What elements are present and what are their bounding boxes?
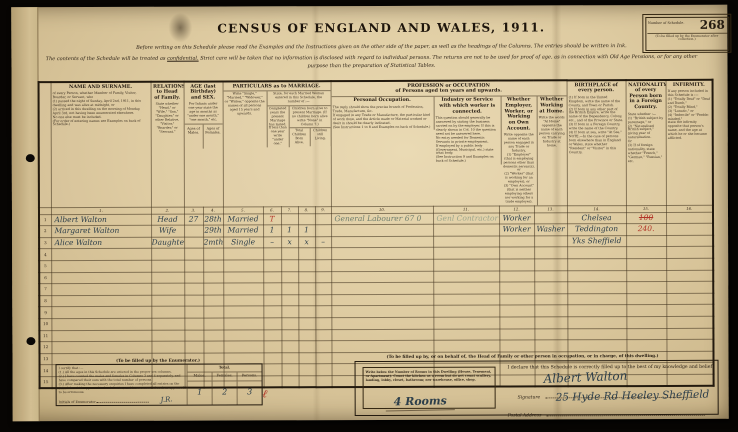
table-cell: [433, 271, 499, 283]
table-cell: [626, 235, 666, 247]
table-cell: [433, 317, 499, 329]
table-cell: [264, 364, 282, 376]
row-number: 13: [39, 353, 51, 365]
table-cell: Chelsea: [567, 212, 626, 224]
table-cell: [184, 295, 203, 307]
table-cell: x: [298, 236, 315, 248]
table-cell: [223, 260, 263, 272]
table-cell: [315, 318, 331, 330]
table-cell: [263, 271, 281, 283]
table-cell: [315, 306, 331, 318]
table-cell: [315, 248, 331, 260]
table-cell: [499, 270, 534, 282]
table-cell: [315, 294, 331, 306]
table-cell: [315, 213, 331, 225]
table-cell: Teddington: [567, 224, 626, 236]
table-cell: [316, 364, 332, 376]
table-cell: [298, 294, 315, 306]
table-cell: [51, 318, 151, 330]
column-number: 3.: [184, 207, 203, 214]
table-cell: [499, 236, 534, 248]
column-header-rownum: [39, 82, 51, 207]
table-cell: 240.: [626, 224, 666, 236]
table-cell: [331, 259, 433, 271]
table-cell: [666, 305, 713, 317]
table-cell: [666, 235, 713, 247]
totals-table: Total. Males. Females. Persons. 1 2 3: [188, 364, 262, 404]
table-cell: [223, 248, 263, 260]
householder-declaration-box: Write below the Number of Rooms in this …: [355, 360, 719, 416]
table-cell: [331, 282, 433, 294]
table-cell: 1: [298, 225, 315, 237]
table-cell: [666, 258, 713, 270]
punch-hole: [26, 154, 35, 162]
schedule-number-value: 268: [700, 17, 725, 31]
table-cell: [499, 305, 534, 317]
column-header-infirmity: INFIRMITY. If any person included in thi…: [666, 80, 713, 205]
table-cell: [203, 283, 223, 295]
table-cell: Washer: [534, 224, 567, 236]
row-number: 6: [39, 272, 51, 284]
table-cell: [203, 341, 223, 353]
column-header-nationality: NATIONALITY of every Person born in a Fo…: [626, 80, 666, 205]
table-cell: [567, 328, 626, 340]
table-cell: [299, 364, 316, 376]
table-cell: [223, 295, 263, 307]
column-header-birthplace: BIRTHPLACE of every person. (1) If born …: [567, 80, 626, 205]
table-cell: [263, 295, 281, 307]
enumerator-initials-value: J.R.: [160, 396, 173, 406]
table-cell: [315, 283, 331, 295]
table-cell: [151, 306, 184, 318]
table-cell: –: [263, 237, 281, 249]
table-cell: [433, 329, 499, 341]
table-cell: [666, 328, 713, 340]
table-cell: [51, 260, 151, 272]
table-cell: Worker: [499, 224, 534, 236]
children-born-label: Total Children Born Alive.: [289, 129, 310, 147]
row-number: 4: [39, 249, 51, 261]
table-cell: [433, 236, 499, 248]
census-schedule-document: Number of Schedule. 268 (To be filled up…: [11, 5, 728, 421]
row-number: 1: [39, 214, 51, 226]
table-cell: [331, 329, 433, 341]
table-cell: [151, 295, 184, 307]
table-cell: [567, 270, 626, 282]
schedule-number-label: Number of Schedule.: [648, 20, 685, 24]
persons-total-label: Persons.: [238, 372, 262, 380]
table-cell: [626, 316, 666, 328]
row-number: 3: [39, 237, 51, 249]
table-cell: [298, 341, 315, 353]
table-cell: [499, 328, 534, 340]
rooms-box: Write below the Number of Rooms in this …: [363, 367, 496, 409]
table-cell: General Labourer 67 0: [331, 213, 433, 225]
table-cell: [51, 295, 151, 307]
females-total-label: Females.: [213, 372, 238, 380]
table-cell: [281, 248, 298, 260]
table-cell: [666, 316, 713, 328]
table-cell: [223, 341, 263, 353]
table-cell: [534, 247, 567, 259]
table-cell: [203, 248, 223, 260]
column-number: 6.: [263, 206, 281, 213]
table-cell: [184, 225, 203, 237]
table-cell: [298, 329, 315, 341]
table-cell: x: [281, 237, 298, 249]
table-cell: [151, 260, 184, 272]
table-cell: [281, 318, 298, 330]
table-cell: [264, 376, 282, 388]
table-cell: [151, 272, 184, 284]
table-cell: [316, 376, 332, 388]
totals-header: Total.: [188, 364, 262, 372]
table-cell: [499, 282, 534, 294]
table-cell: [499, 259, 534, 271]
table-cell: [51, 249, 151, 261]
table-cell: [499, 340, 534, 352]
table-cell: –: [315, 236, 331, 248]
schedule-number-note: (To be filled up by the Enumerator after…: [647, 32, 727, 42]
table-cell: [331, 224, 433, 236]
table-cell: [281, 341, 298, 353]
marital-status-note: Write "Single," "Married," "Widower," or…: [223, 92, 267, 148]
table-cell: [51, 272, 151, 284]
row-number: 9: [39, 307, 51, 319]
table-cell: Single: [223, 237, 263, 249]
address-line: Postal Address: [508, 401, 705, 421]
table-cell: [263, 248, 281, 260]
table-cell: [263, 341, 281, 353]
table-cell: [51, 330, 151, 342]
confidential-underlined: confidential.: [167, 56, 199, 62]
table-cell: [666, 281, 713, 293]
table-cell: [299, 376, 316, 388]
table-cell: [433, 294, 499, 306]
table-cell: 1: [281, 225, 298, 237]
table-cell: [567, 305, 626, 317]
table-cell: [626, 328, 666, 340]
table-cell: [499, 247, 534, 259]
table-cell: Yks Sheffield: [567, 235, 626, 247]
row-number: 8: [39, 295, 51, 307]
table-cell: 2mths: [203, 237, 223, 249]
table-cell: [567, 282, 626, 294]
table-cell: [315, 260, 331, 272]
table-cell: [567, 259, 626, 271]
table-cell: [433, 340, 499, 352]
table-cell: [223, 306, 263, 318]
table-cell: Margaret Walton: [51, 225, 151, 237]
table-cell: [184, 272, 203, 284]
enumerator-certification-box: I certify that :— (1.) All the ages in t…: [56, 363, 263, 406]
table-cell: [223, 283, 263, 295]
table-cell: [626, 293, 666, 305]
column-number: 4.: [203, 207, 223, 214]
married-woman-note: State, for each Married Woman entered in…: [267, 91, 330, 106]
table-cell: [315, 225, 331, 237]
table-cell: [223, 271, 263, 283]
table-cell: 27: [184, 214, 203, 226]
table-cell: [281, 271, 298, 283]
table-cell: [282, 376, 299, 388]
table-cell: [534, 305, 567, 317]
table-cell: [666, 247, 713, 259]
table-cell: [263, 318, 281, 330]
table-cell: T: [263, 213, 281, 225]
preamble-line1: Before writing on this Schedule please r…: [66, 43, 696, 51]
punch-hole: [26, 337, 35, 345]
binding-margin: [11, 7, 39, 421]
table-cell: [203, 295, 223, 307]
table-cell: [534, 294, 567, 306]
row-number: 10: [39, 319, 51, 331]
row-number: 2: [39, 226, 51, 238]
table-cell: [184, 237, 203, 249]
table-cell: [151, 330, 184, 342]
table-cell: [666, 339, 713, 351]
table-cell: [184, 341, 203, 353]
table-cell: [281, 352, 298, 364]
table-cell: [626, 258, 666, 270]
table-cell: [263, 329, 281, 341]
persons-total-value: 3: [238, 381, 262, 404]
table-cell: [567, 317, 626, 329]
table-cell: [331, 248, 433, 260]
red-check-mark: ℓ: [262, 387, 268, 401]
table-cell: Alice Walton: [51, 237, 151, 249]
table-cell: Daughter: [151, 237, 184, 249]
column-header-name: NAME AND SURNAME. of every Person, wheth…: [51, 82, 151, 207]
table-cell: [567, 340, 626, 352]
table-cell: [151, 283, 184, 295]
table-cell: Genl Contractor: [433, 213, 499, 225]
table-cell: [203, 306, 223, 318]
table-cell: Albert Walton: [51, 214, 151, 226]
working-at-home-title: Whether Working at Home.: [537, 96, 566, 116]
table-cell: [282, 364, 299, 376]
males-total-label: Males.: [188, 373, 213, 381]
males-total-value: 1: [188, 382, 213, 405]
table-cell: [626, 270, 666, 282]
table-cell: [298, 283, 315, 295]
females-total-value: 2: [213, 381, 238, 404]
table-cell: [315, 271, 331, 283]
table-cell: [298, 352, 315, 364]
children-living-label: Children still Living.: [310, 129, 331, 147]
table-cell: [51, 341, 151, 353]
table-cell: [263, 260, 281, 272]
employer-worker-title: Whether Employer, Worker, or Working on …: [501, 96, 536, 133]
table-cell: [39, 207, 51, 214]
enumerator-section-heading: (To be filled up by the Enumerator.): [56, 357, 261, 363]
column-header-relationship: RELATIONSHIP to Head of Family. State wh…: [151, 82, 184, 207]
table-cell: [281, 283, 298, 295]
table-cell: [626, 340, 666, 352]
table-cell: [263, 306, 281, 318]
table-cell: [51, 283, 151, 295]
rooms-note: Write below the Number of Rooms in this …: [366, 369, 493, 381]
table-cell: [534, 340, 567, 352]
age-males-label: Ages of Males.: [184, 125, 204, 149]
table-cell: [184, 260, 203, 272]
table-cell: [331, 271, 433, 283]
table-cell: [331, 317, 433, 329]
table-cell: [281, 213, 298, 225]
page-title: CENSUS OF ENGLAND AND WALES, 1911.: [121, 20, 641, 36]
table-cell: [184, 318, 203, 330]
table-cell: [298, 306, 315, 318]
table-cell: [534, 317, 567, 329]
table-cell: Head: [151, 214, 184, 226]
table-cell: 28th: [203, 214, 223, 226]
table-cell: Married: [223, 213, 263, 225]
table-cell: [281, 260, 298, 272]
table-cell: 1: [263, 225, 281, 237]
column-header-marriage: PARTICULARS as to MARRIAGE. Write "Singl…: [223, 81, 331, 206]
table-cell: [534, 270, 567, 282]
table-cell: [666, 223, 713, 235]
table-cell: [298, 318, 315, 330]
table-cell: [666, 212, 713, 224]
column-number: 7.: [281, 206, 298, 213]
table-cell: [298, 213, 315, 225]
column-header-profession: PROFESSION or OCCUPATION of Persons aged…: [331, 80, 567, 206]
row-number: 11: [39, 330, 51, 342]
column-header-age: AGE (last Birthday) and SEX. For Infants…: [184, 82, 223, 207]
table-cell: 29th: [203, 225, 223, 237]
table-cell: [315, 329, 331, 341]
table-cell: [331, 306, 433, 318]
table-cell: [534, 328, 567, 340]
table-cell: Wife: [151, 225, 184, 237]
table-cell: [666, 270, 713, 282]
table-cell: [626, 282, 666, 294]
table-cell: [184, 330, 203, 342]
table-cell: [223, 329, 263, 341]
table-cell: [626, 305, 666, 317]
years-married-note: Completed years the present Marriage has…: [267, 106, 289, 147]
table-cell: [666, 293, 713, 305]
table-cell: [331, 236, 433, 248]
table-cell: [567, 247, 626, 259]
table-cell: [151, 248, 184, 260]
children-note: Children born alive to present Marriage.…: [289, 106, 330, 129]
table-cell: [203, 272, 223, 284]
table-cell: [281, 306, 298, 318]
table-cell: Married: [223, 225, 263, 237]
table-cell: [203, 318, 223, 330]
table-cell: [223, 318, 263, 330]
table-cell: [298, 260, 315, 272]
table-cell: [433, 282, 499, 294]
row-number: 12: [39, 342, 51, 354]
table-cell: [534, 236, 567, 248]
table-cell: [263, 352, 281, 364]
table-cell: [499, 294, 534, 306]
row-number: 7: [39, 284, 51, 296]
table-cell: [433, 247, 499, 259]
table-cell: [626, 247, 666, 259]
table-cell: [151, 341, 184, 353]
row-number: 5: [39, 261, 51, 273]
age-females-label: Ages of Females.: [204, 125, 223, 149]
table-cell: [499, 317, 534, 329]
table-cell: [263, 283, 281, 295]
column-number: 8.: [298, 206, 315, 213]
table-cell: [433, 305, 499, 317]
preamble-line2: The contents of the Schedule will be tre…: [39, 53, 703, 71]
industry-title: Industry or Service with which worker is…: [434, 96, 500, 116]
rooms-value: 4 Rooms: [386, 394, 455, 411]
table-cell: [433, 224, 499, 236]
enumerator-certify-text: I certify that :— (1.) All the ages in t…: [57, 365, 188, 405]
row-number: 15: [40, 376, 52, 388]
table-cell: 100: [626, 212, 666, 224]
census-table: NAME AND SURNAME. of every Person, wheth…: [38, 79, 715, 389]
table-cell: [184, 283, 203, 295]
table-cell: [433, 259, 499, 271]
table-cell: [203, 330, 223, 342]
table-cell: Worker: [499, 212, 534, 224]
table-cell: [298, 248, 315, 260]
table-cell: [534, 259, 567, 271]
table-cell: [331, 340, 433, 352]
table-cell: [281, 294, 298, 306]
table-cell: [567, 293, 626, 305]
table-cell: [281, 329, 298, 341]
table-cell: [534, 282, 567, 294]
table-cell: [151, 318, 184, 330]
table-cell: [298, 271, 315, 283]
column-number: 9.: [315, 206, 331, 213]
table-cell: [51, 307, 151, 319]
table-cell: [203, 260, 223, 272]
table-cell: [315, 341, 331, 353]
table-cell: [184, 248, 203, 260]
table-cell: [534, 212, 567, 224]
table-cell: [184, 306, 203, 318]
table-cell: [331, 294, 433, 306]
row-number: 14: [40, 365, 52, 377]
